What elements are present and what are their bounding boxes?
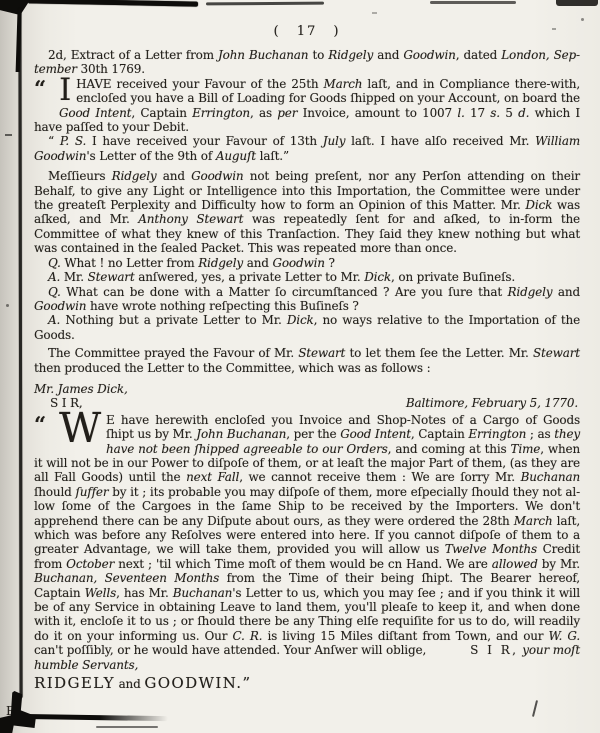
intro-paragraph: 2d, Extract of a Letter from John Buchan… bbox=[34, 48, 580, 77]
drop-cap: W bbox=[59, 413, 101, 443]
question-line-2: Q. What can be done with a Matter ſo cir… bbox=[34, 285, 580, 314]
committee-observation: Meſſieurs Ridgely and Goodwin not being … bbox=[34, 169, 580, 255]
ridgely-goodwin-letter-body: “WE have herewith encloſed you Invoice a… bbox=[34, 413, 580, 672]
opening-quote-mark: “ bbox=[34, 413, 59, 447]
scan-artifact-bottom-streak bbox=[16, 714, 168, 721]
page-number: ( 17 ) bbox=[34, 24, 580, 39]
letter-recipient-block: Mr. James Dick,S I R, bbox=[34, 382, 128, 411]
scan-artifact-speck bbox=[372, 12, 377, 14]
letter-salutation: S I R, bbox=[34, 396, 128, 410]
page-body: 2d, Extract of a Letter from John Buchan… bbox=[34, 48, 580, 691]
scan-artifact-top-edge-3 bbox=[430, 1, 516, 4]
answer-line-1: A. Mr. Stewart anſwered, yes, a private … bbox=[34, 270, 580, 284]
scan-artifact-speck bbox=[6, 304, 9, 307]
buchanan-letter-extract: “IHAVE received your Favour of the 25th … bbox=[34, 77, 580, 135]
scan-artifact-speck bbox=[552, 28, 556, 30]
scan-artifact-gutter-line bbox=[18, 8, 22, 698]
scan-artifact-speck bbox=[581, 18, 584, 21]
scan-artifact-top-edge-2 bbox=[206, 2, 324, 6]
scanned-document-page: ( 17 ) 2d, Extract of a Letter from John… bbox=[0, 0, 600, 733]
signature-line: RIDGELY and GOODWIN.” bbox=[34, 676, 580, 691]
postscript-paragraph: “ P. S. I have received your Favour of 1… bbox=[34, 134, 580, 163]
scan-artifact-speck bbox=[5, 134, 12, 136]
letter-dateline: Baltimore, February 5, 1770. bbox=[406, 396, 580, 410]
page-content: ( 17 ) 2d, Extract of a Letter from John… bbox=[34, 24, 580, 719]
answer-line-2: A. Nothing but a private Letter to Mr. D… bbox=[34, 313, 580, 342]
letter-heading: Mr. James Dick,S I R,Baltimore, February… bbox=[34, 382, 580, 411]
scan-artifact-bottom-dash bbox=[96, 726, 158, 728]
drop-cap: I bbox=[59, 78, 71, 105]
opening-quote-mark: “ bbox=[34, 77, 59, 108]
question-line-1: Q. What ! no Letter from Ridgely and Goo… bbox=[34, 256, 580, 270]
letter-recipient: Mr. James Dick, bbox=[34, 382, 128, 396]
scan-artifact-corner-wedge bbox=[0, 0, 30, 72]
scan-artifact-top-edge-4 bbox=[556, 0, 598, 6]
scan-artifact-top-edge-1 bbox=[28, 0, 198, 7]
committee-request: The Committee prayed the Favour of Mr. S… bbox=[34, 346, 580, 375]
